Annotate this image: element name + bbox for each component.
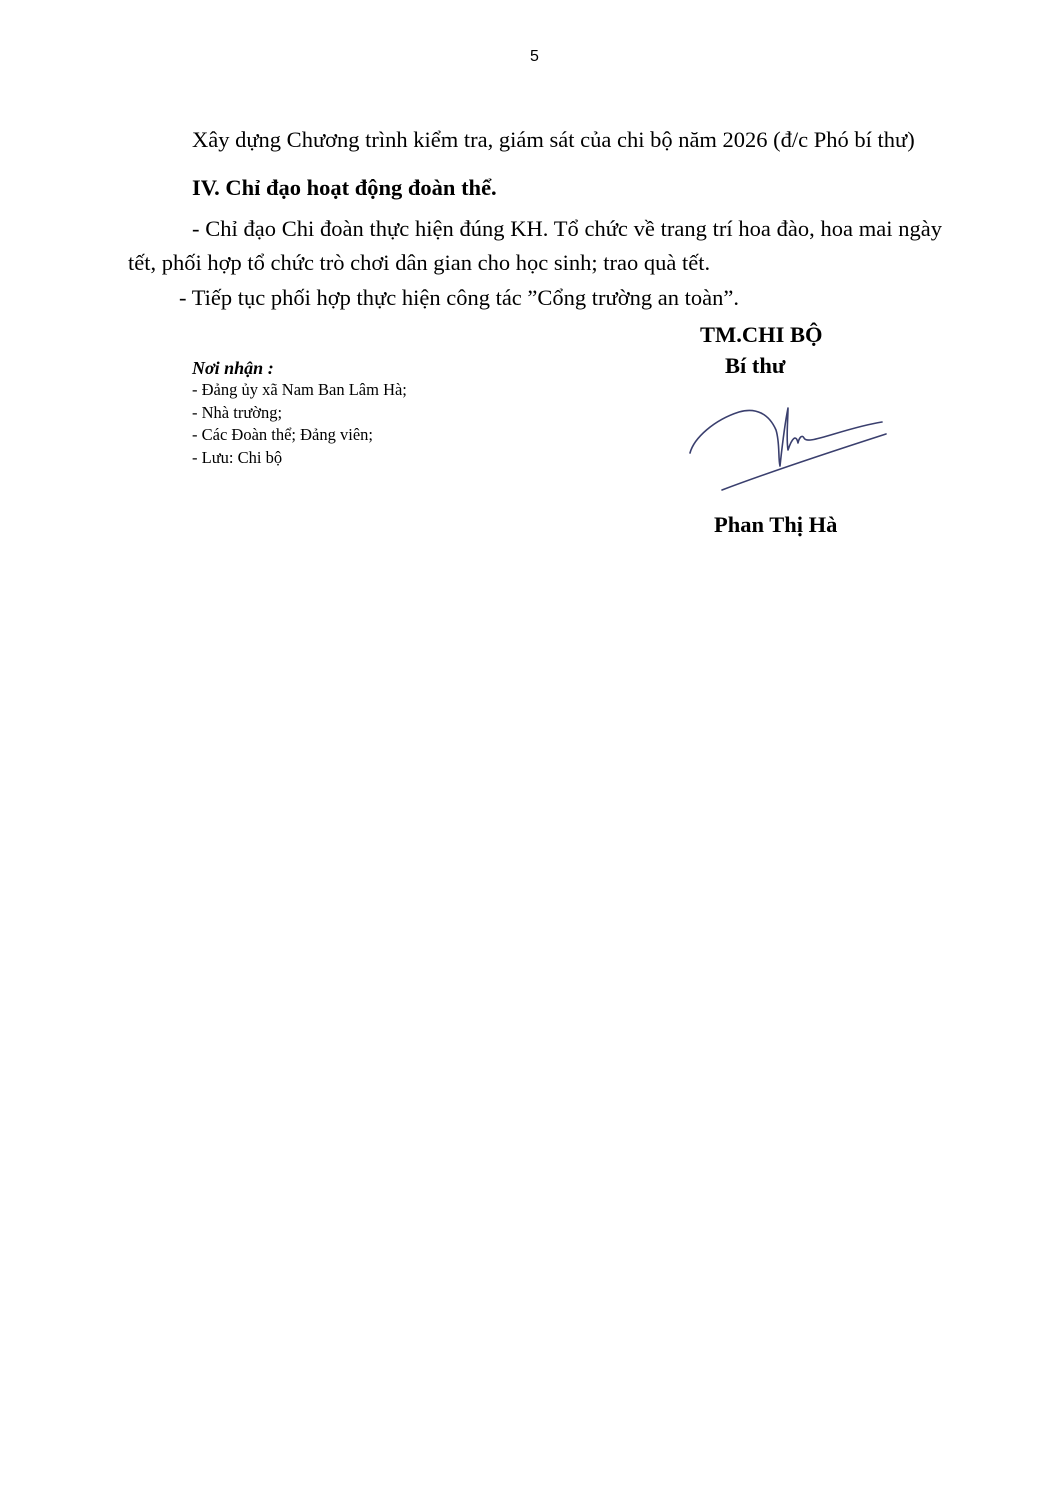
page-number: 5 (0, 48, 1043, 66)
recipient-item: - Nhà trường; (192, 402, 407, 425)
recipient-item: - Các Đoàn thể; Đảng viên; (192, 424, 407, 447)
signer-name: Phan Thị Hà (714, 512, 837, 538)
handwritten-signature-icon (684, 398, 894, 498)
paragraph-youth-union-direction: - Chỉ đạo Chi đoàn thực hiện đúng KH. Tổ… (128, 212, 942, 280)
recipient-item: - Đảng ủy xã Nam Ban Lâm Hà; (192, 379, 407, 402)
recipient-item: - Lưu: Chi bộ (192, 447, 407, 470)
recipients-title: Nơi nhận : (192, 357, 407, 379)
recipients-block: Nơi nhận : - Đảng ủy xã Nam Ban Lâm Hà; … (192, 357, 407, 469)
section-heading: IV. Chỉ đạo hoạt động đoàn thể. (192, 175, 497, 201)
signature-on-behalf: TM.CHI BỘ (700, 322, 823, 348)
signature-role: Bí thư (725, 353, 785, 379)
paragraph-safe-school-gate: - Tiếp tục phối hợp thực hiện công tác ”… (179, 285, 739, 311)
paragraph-inspection-program: Xây dựng Chương trình kiểm tra, giám sát… (128, 124, 942, 156)
